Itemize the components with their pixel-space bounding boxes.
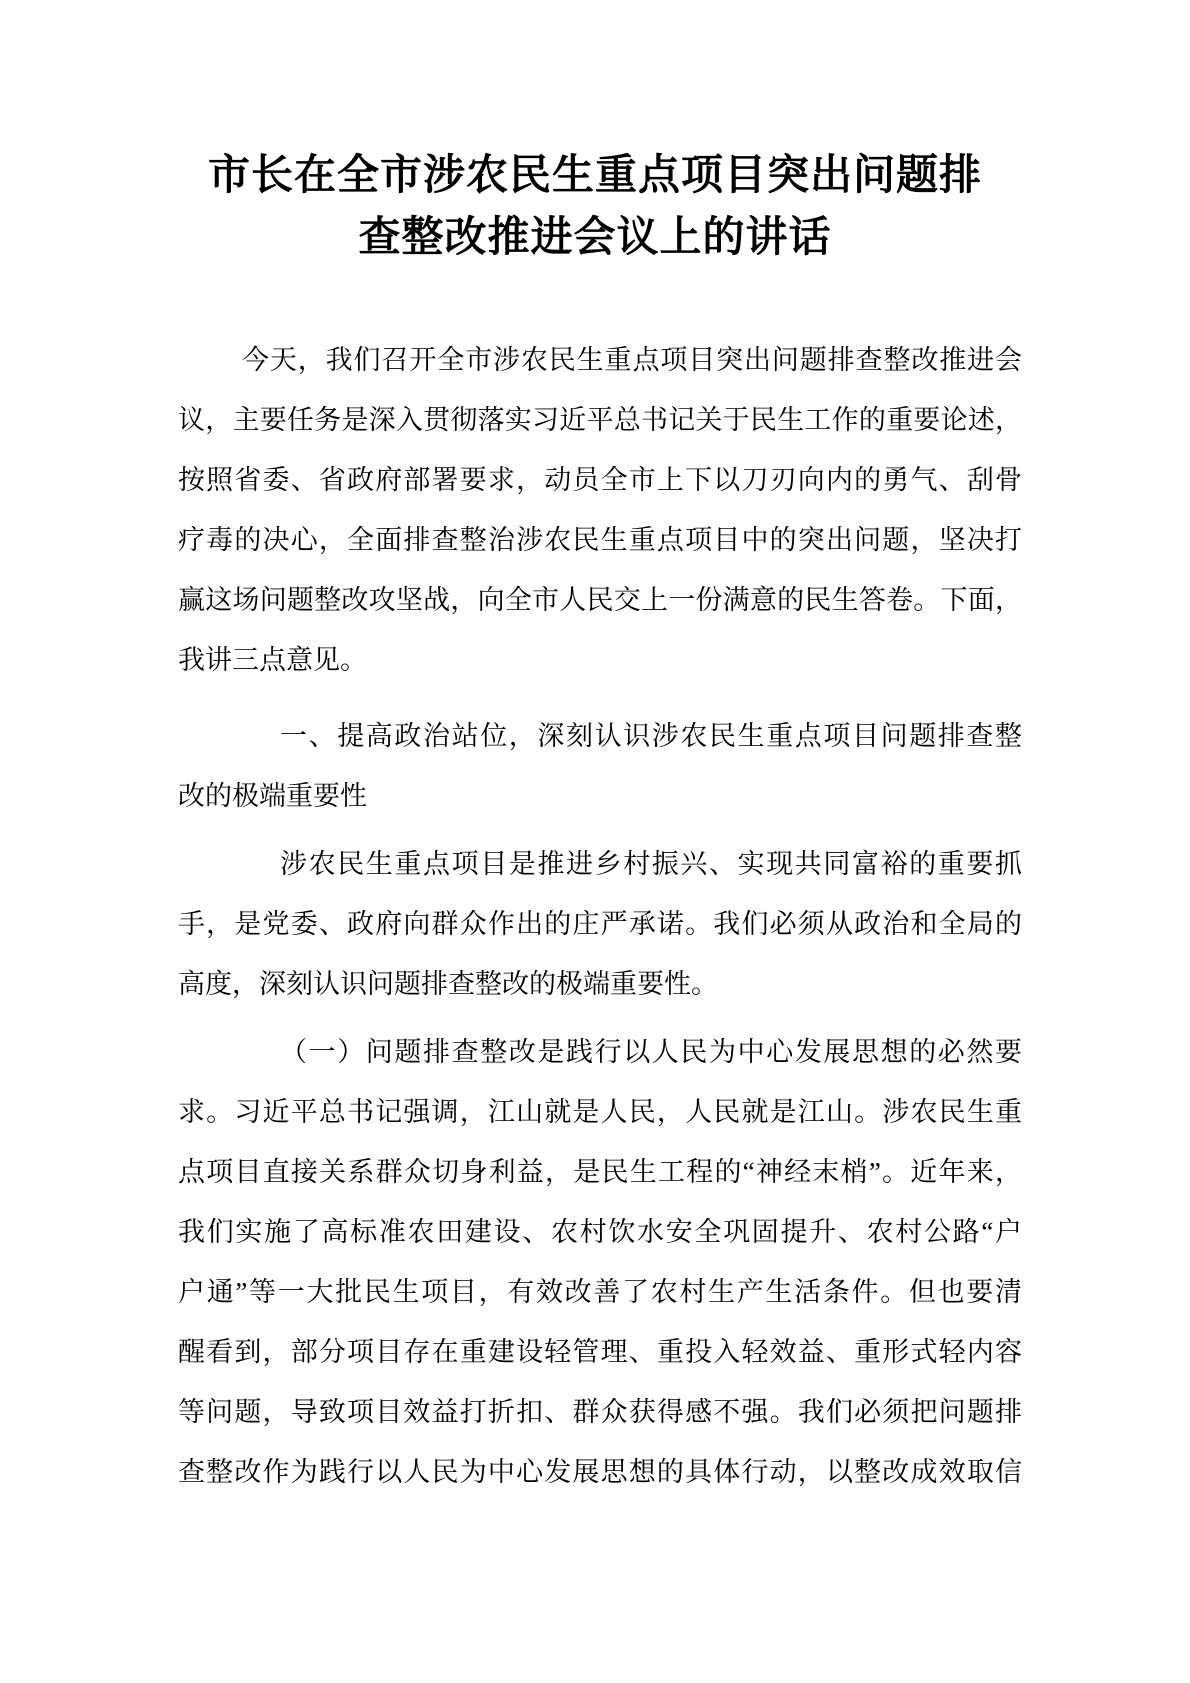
- body-line: 议，主要任务是深入贯彻落实习近平总书记关于民生工作的重要论述，: [178, 390, 1022, 450]
- paragraph-opening: 今天，我们召开全市涉农民生重点项目突出问题排查整改推进会 议，主要任务是深入贯彻…: [178, 330, 1022, 690]
- document-title: 市长在全市涉农民生重点项目突出问题排 查整改推进会议上的讲话: [0, 0, 1190, 268]
- document-page: 市长在全市涉农民生重点项目突出问题排 查整改推进会议上的讲话 今天，我们召开全市…: [0, 0, 1190, 1683]
- heading-line: 一、提高政治站位，深刻认识涉农民生重点项目问题排查整: [178, 706, 1022, 766]
- body-line: 我讲三点意见。: [178, 630, 1022, 690]
- body-line: 户通”等一大批民生项目，有效改善了农村生产生活条件。但也要清: [178, 1262, 1022, 1322]
- body-line: 我们实施了高标准农田建设、农村饮水安全巩固提升、农村公路“户: [178, 1202, 1022, 1262]
- body-line: 赢这场问题整改攻坚战，向全市人民交上一份满意的民生答卷。下面，: [178, 570, 1022, 630]
- body-line: （一）问题排查整改是践行以人民为中心发展思想的必然要: [178, 1022, 1022, 1082]
- section-heading-1: 一、提高政治站位，深刻认识涉农民生重点项目问题排查整 改的极端重要性: [178, 706, 1022, 826]
- body-line: 求。习近平总书记强调，江山就是人民，人民就是江山。涉农民生重: [178, 1082, 1022, 1142]
- body-line: 涉农民生重点项目是推进乡村振兴、实现共同富裕的重要抓: [178, 834, 1022, 894]
- body-line: 今天，我们召开全市涉农民生重点项目突出问题排查整改推进会: [178, 330, 1022, 390]
- body-line: 等问题，导致项目效益打折扣、群众获得感不强。我们必须把问题排: [178, 1382, 1022, 1442]
- body-line: 查整改作为践行以人民为中心发展思想的具体行动，以整改成效取信: [178, 1442, 1022, 1502]
- title-line-2: 查整改推进会议上的讲话: [0, 206, 1190, 268]
- body-line: 高度，深刻认识问题排查整改的极端重要性。: [178, 954, 1022, 1014]
- body-line: 醒看到，部分项目存在重建设轻管理、重投入轻效益、重形式轻内容: [178, 1322, 1022, 1382]
- body-line: 疗毒的决心，全面排查整治涉农民生重点项目中的突出问题，坚决打: [178, 510, 1022, 570]
- title-line-1: 市长在全市涉农民生重点项目突出问题排: [0, 144, 1190, 206]
- document-body: 今天，我们召开全市涉农民生重点项目突出问题排查整改推进会 议，主要任务是深入贯彻…: [178, 330, 1022, 1502]
- heading-line: 改的极端重要性: [178, 766, 1022, 826]
- body-line: 按照省委、省政府部署要求，动员全市上下以刀刃向内的勇气、刮骨: [178, 450, 1022, 510]
- body-line: 点项目直接关系群众切身利益，是民生工程的“神经末梢”。近年来，: [178, 1142, 1022, 1202]
- body-line: 手，是党委、政府向群众作出的庄严承诺。我们必须从政治和全局的: [178, 894, 1022, 954]
- paragraph-subsection-one: （一）问题排查整改是践行以人民为中心发展思想的必然要 求。习近平总书记强调，江山…: [178, 1022, 1022, 1502]
- paragraph-section-intro: 涉农民生重点项目是推进乡村振兴、实现共同富裕的重要抓 手，是党委、政府向群众作出…: [178, 834, 1022, 1014]
